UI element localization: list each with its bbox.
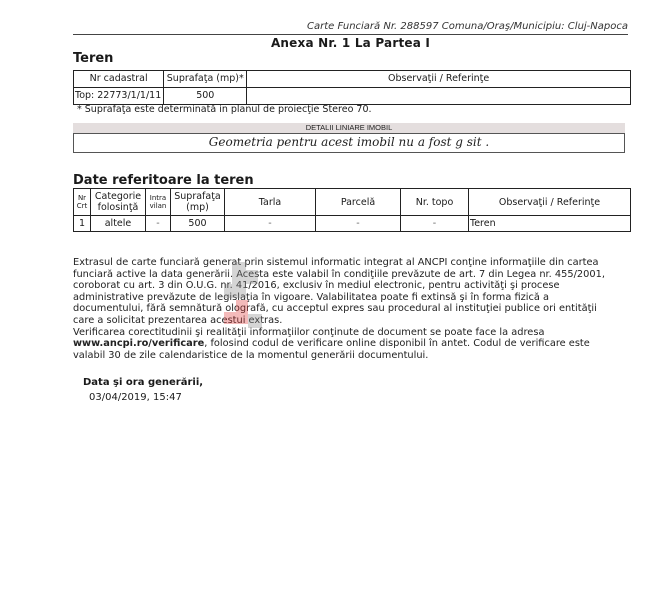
column-header-nr-cadastral: Nr cadastral [74, 71, 164, 88]
column-header-nr-crt: NrCrt [74, 189, 91, 216]
column-header-parcela: Parcelă [316, 189, 401, 216]
cell-observatii: Teren [469, 216, 631, 232]
cell-nr-topo: - [401, 216, 469, 232]
cell-tarla: - [225, 216, 316, 232]
legal-line: coroborat cu art. 3 din O.U.G. nr. 41/20… [73, 280, 643, 292]
legal-line: care a solicitat prezentarea acestui ext… [73, 315, 643, 327]
table-header-row: NrCrt Categoriefolosinţă Intravilan Supr… [74, 189, 631, 216]
legal-line: valabil 30 de zile calendaristice de la … [73, 350, 643, 362]
cell-parcela: - [316, 216, 401, 232]
document-page: Carte Funciară Nr. 288597 Comuna/Oraş/Mu… [0, 0, 657, 600]
column-header-suprafata: Suprafaţa(mp) [171, 189, 225, 216]
legal-line: Extrasul de carte funciară generat prin … [73, 257, 643, 269]
section-title-teren: Teren [73, 51, 113, 66]
legal-notice: Extrasul de carte funciară generat prin … [73, 257, 643, 361]
cell-suprafata: 500 [164, 88, 247, 105]
verification-link[interactable]: www.ancpi.ro/verificare [73, 338, 204, 349]
column-header-nr-topo: Nr. topo [401, 189, 469, 216]
legal-line: documentului, fără semnătură olografă, c… [73, 303, 643, 315]
column-header-tarla: Tarla [225, 189, 316, 216]
legal-line: Verificarea corectitudinii şi realităţii… [73, 327, 643, 339]
cell-intravilan: - [146, 216, 171, 232]
column-header-intravilan: Intravilan [146, 189, 171, 216]
table-row: 1 altele - 500 - - - Teren [74, 216, 631, 232]
column-header-categorie: Categoriefolosinţă [91, 189, 146, 216]
cell-nr-cadastral: Top: 22773/1/1/11 [74, 88, 164, 105]
date-referitoare-table: NrCrt Categoriefolosinţă Intravilan Supr… [73, 188, 631, 232]
generation-date-label: Data şi ora generării, [83, 377, 203, 388]
table-row: Top: 22773/1/1/11 500 [74, 88, 631, 105]
column-header-suprafata: Suprafaţa (mp)* [164, 71, 247, 88]
column-header-observatii: Observaţii / Referinţe [247, 71, 631, 88]
cell-nr-crt: 1 [74, 216, 91, 232]
suprafata-footnote: * Suprafaţa este determinată in planul d… [77, 104, 372, 115]
legal-line: administrative prevăzute de legislaţia î… [73, 292, 643, 304]
generation-date-value: 03/04/2019, 15:47 [89, 392, 182, 403]
cadastral-reference-header: Carte Funciară Nr. 288597 Comuna/Oraş/Mu… [73, 20, 628, 35]
column-header-observatii: Observaţii / Referinţe [469, 189, 631, 216]
cell-suprafata: 500 [171, 216, 225, 232]
cell-categorie: altele [91, 216, 146, 232]
teren-table: Nr cadastral Suprafaţa (mp)* Observaţii … [73, 70, 631, 105]
table-header-row: Nr cadastral Suprafaţa (mp)* Observaţii … [74, 71, 631, 88]
legal-line-rest: , folosind codul de verificare online di… [204, 338, 590, 349]
legal-line: funciară active la data generării. Acest… [73, 269, 643, 281]
section-title-date-referitoare: Date referitoare la teren [73, 173, 254, 188]
cell-observatii [247, 88, 631, 105]
legal-line-verification: www.ancpi.ro/verificare, folosind codul … [73, 338, 643, 350]
annex-title: Anexa Nr. 1 La Partea I [73, 36, 628, 50]
detalii-liniare-message: Geometria pentru acest imobil nu a fost … [73, 133, 625, 153]
detalii-liniare-header: DETALII LINIARE IMOBIL [73, 123, 625, 133]
